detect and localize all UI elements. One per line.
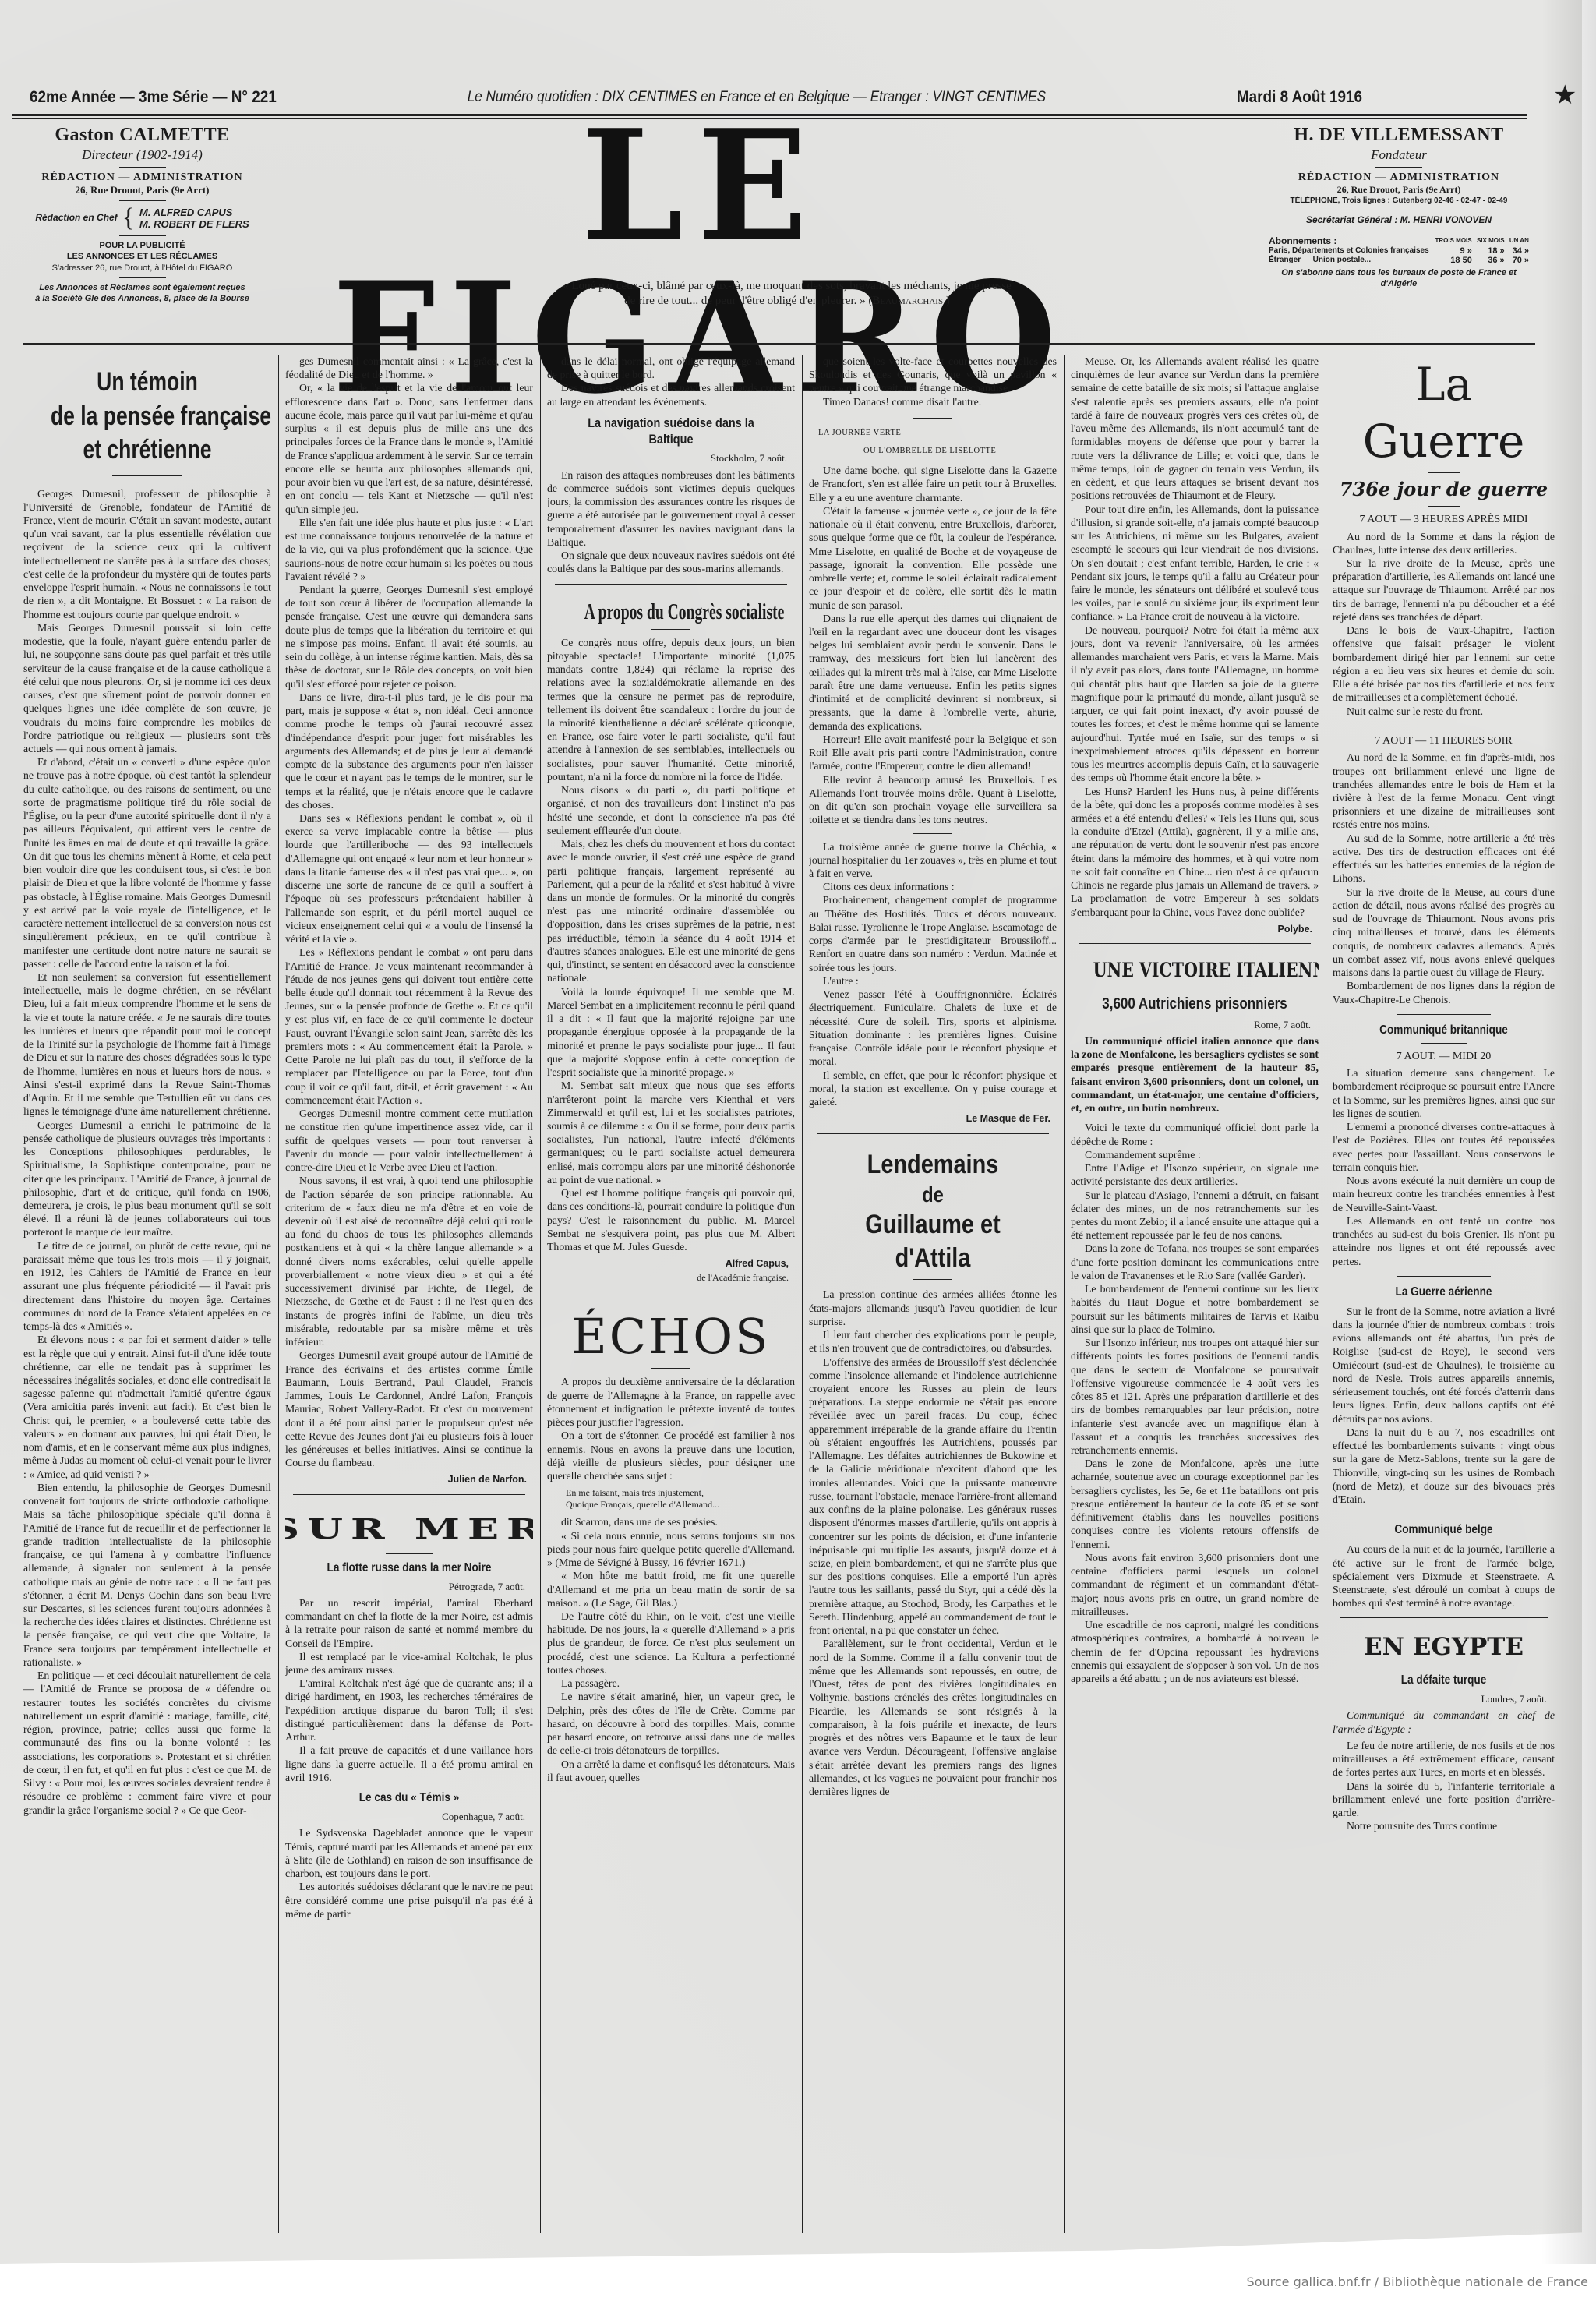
ornament-divider (1397, 1514, 1491, 1514)
wavy-divider (1340, 1617, 1548, 1624)
paragraph: Les autorités suédoises déclarant que le… (285, 1880, 533, 1921)
ornament-divider (119, 277, 166, 278)
subs-header: TROIS MOIS (1432, 235, 1474, 246)
dateline: Rome, 7 août. (1071, 1019, 1311, 1031)
paragraph: La situation demeure sans changement. Le… (1333, 1066, 1555, 1120)
column-1: Un témoin de la pensée française et chré… (23, 355, 271, 2233)
paragraph: Nuit calme sur le reste du front. (1333, 705, 1555, 718)
column-5: Meuse. Or, les Allemands avaient réalisé… (1071, 355, 1319, 2233)
headline-line: Un témoin (51, 366, 244, 400)
columns: Un témoin de la pensée française et chré… (23, 355, 1555, 2241)
paragraph: Mais Georges Dumesnil poussait si loin c… (23, 621, 271, 755)
source-credit: Source gallica.bnf.fr / Bibliothèque nat… (1247, 2274, 1588, 2289)
subs-header: SIX MOIS (1474, 235, 1507, 246)
paragraph: Dans la zone de Tofana, nos troupes se s… (1071, 1242, 1319, 1282)
paragraph: Elle s'en fait une idée plus haute et pl… (285, 516, 533, 583)
article-body: Au cours de la nuit et de la journée, l'… (1333, 1543, 1555, 1610)
paragraph: Venez passer l'été à Gouffrignonnière. É… (809, 988, 1057, 1068)
paragraph: dans le délai normal, ont obligé l'équip… (547, 355, 795, 381)
paragraph: La pression continue des armées alliées … (809, 1288, 1057, 1328)
editors-label: Rédaction en Chef (35, 212, 117, 224)
article-title: La flotte russe dans la mer Noire (304, 1560, 514, 1576)
paragraph: De l'autre côté du Rhin, on le voit, c'e… (547, 1610, 795, 1677)
founder-role: Fondateur (1266, 147, 1531, 163)
subs-value: 18 » (1474, 246, 1507, 256)
paragraph: Dans ses « Réflexions pendant le combat … (285, 811, 533, 945)
paragraph: Nous avons fait environ 3,600 prisonnier… (1071, 1551, 1319, 1618)
paragraph: Georges Dumesnil montre comment cette mu… (285, 1107, 533, 1174)
section-title-sur-mer: SUR MER (285, 1512, 533, 1547)
paragraph: Et d'abord, c'était un « converti » d'un… (23, 755, 271, 970)
issue-date: Mardi 8 Août 1916 (1237, 88, 1362, 107)
paragraph: Or, « la vie de l'esprit et la vie de l'… (285, 381, 533, 515)
wavy-divider (1079, 943, 1312, 950)
column-rule (1064, 355, 1065, 2233)
paragraph: Elle revint à beaucoup amusé les Bruxell… (809, 773, 1057, 827)
ornament-divider (119, 235, 166, 236)
ornament-divider (913, 1279, 952, 1280)
masthead-rule (23, 343, 1535, 348)
paragraph: dit Scarron, dans une de ses poésies. (547, 1515, 795, 1528)
ornament-divider (112, 475, 182, 476)
ornament-divider (1428, 472, 1460, 473)
signature: Le Masque de Fer. (809, 1113, 1050, 1126)
signature-subtitle: de l'Académie française. (547, 1272, 789, 1284)
headline-congres-socialiste: A propos du Congrès socialiste (584, 599, 758, 626)
article-body: La troisième année de guerre trouve la C… (809, 840, 1057, 1109)
ornament-divider (1421, 1043, 1467, 1044)
article-lead: Un communiqué officiel italien annonce q… (1071, 1034, 1319, 1115)
article-body: Meuse. Or, les Allemands avaient réalisé… (1071, 355, 1319, 919)
subscription-table: Abonnements : TROIS MOIS SIX MOIS UN AN … (1266, 235, 1531, 265)
paragraph: « Si cela nous ennuie, nous serons toujo… (547, 1529, 795, 1570)
paragraph: Il semble, en effet, que pour le réconfo… (809, 1069, 1057, 1109)
paragraph: Horreur! Elle avait manifesté pour la Be… (809, 733, 1057, 773)
paragraph: Au nord de la Somme et dans la région de… (1333, 530, 1555, 557)
office-address: 26, Rue Drouot, Paris (9e Arrt) (1266, 184, 1531, 196)
paragraph: Et non seulement sa conversion fut essen… (23, 970, 271, 1118)
paragraph: L'autre : (809, 974, 1057, 988)
headline-line: et chrétienne (51, 433, 244, 468)
ornament-divider (386, 1553, 433, 1554)
ornament-divider (1428, 506, 1460, 507)
column-6: La Guerre 736e jour de guerre 7 AOUT — 3… (1333, 355, 1555, 2233)
ornament-divider (119, 167, 166, 168)
column-4: que soient les volte-face et courbettes … (809, 355, 1057, 2233)
column-rule (1326, 355, 1326, 2233)
ornament-divider (1375, 231, 1422, 231)
article-body: La situation demeure sans changement. Le… (1333, 1066, 1555, 1268)
bulletin-time: 7 AOUT — 11 HEURES SOIR (1333, 734, 1555, 748)
paragraph: Le navire s'était amariné, hier, un vape… (547, 1690, 795, 1757)
paragraph: Dans la nuit du 6 au 7, nos escadrilles … (1333, 1426, 1555, 1506)
ornament-divider (1375, 167, 1422, 168)
article-title: La Guerre aérienne (1349, 1285, 1538, 1300)
wavy-divider (555, 1292, 788, 1299)
paragraph: Il a fait preuve de capacités et d'une v… (285, 1744, 533, 1784)
headline-line: de la pensée française (51, 400, 244, 434)
paragraph: Il est remplacé par le vice-amiral Koltc… (285, 1650, 533, 1677)
article-body: Une dame boche, qui signe Liselotte dans… (809, 464, 1057, 826)
paragraph: On signale que deux nouveaux navires sué… (547, 549, 795, 575)
dateline: Stockholm, 7 août. (547, 452, 787, 465)
subs-row: Étranger — Union postale... 18 50 36 » 7… (1266, 256, 1531, 265)
paragraph: « Mon hôte me battit froid, me fit une q… (547, 1569, 795, 1610)
dateline: Londres, 7 août. (1333, 1693, 1547, 1705)
phone-line: TÉLÉPHONE, Trois lignes : Gutenberg 02-4… (1266, 196, 1531, 206)
paragraph: Georges Dumesnil a enrichi le patrimoine… (23, 1118, 271, 1239)
headline-line: Lendemains (828, 1148, 1038, 1182)
paragraph: Voilà la lourde équivoque! Il me semble … (547, 985, 795, 1080)
paragraph: Sur le plateau d'Asiago, l'ennemi a détr… (1071, 1189, 1319, 1242)
ornament-divider (651, 1368, 690, 1369)
motto-author: (Beaumarchais.) (868, 295, 949, 307)
article-body: En raison des attaques nombreuses dont l… (547, 468, 795, 576)
paragraph: La passagère. (547, 1677, 795, 1690)
subs-value: 18 50 (1432, 256, 1474, 265)
paragraph: Une escadrille de nos caproni, malgré le… (1071, 1618, 1319, 1685)
paragraph: Dans le bois de Vaux-Chapitre, l'action … (1333, 624, 1555, 704)
verse-line: Quoique Français, querelle d'Allemand... (566, 1499, 795, 1511)
paragraph: De nouveau, pourquoi? Notre foi était la… (1071, 624, 1319, 785)
paragraph: L'ennemi a prononcé diverses contre-atta… (1333, 1120, 1555, 1174)
office-label: RÉDACTION — ADMINISTRATION (1266, 171, 1531, 184)
paragraph: Sur la rive droite de la Meuse, après un… (1333, 557, 1555, 624)
paragraph: A propos du deuxième anniversaire de la … (547, 1375, 795, 1429)
ornament-divider (1397, 1276, 1491, 1277)
column-2: ges Dumesnil commentait ainsi : « La grâ… (285, 355, 533, 2233)
article-subtitle: La défaite turque (1349, 1673, 1538, 1688)
ornament-divider (119, 200, 166, 201)
paragraph: Par un rescrit impérial, l'amiral Eberha… (285, 1596, 533, 1650)
paragraph: Bien entendu, la philosophie de Georges … (23, 1481, 271, 1669)
column-rule (802, 355, 803, 2233)
section-title-la-guerre: La Guerre (1333, 356, 1555, 469)
subs-note: On s'abonne dans tous les bureaux de pos… (1266, 267, 1531, 290)
paragraph: Bombardement de nos lignes dans la régio… (1333, 979, 1555, 1005)
paragraph: Prochainement, changement complet de pro… (809, 893, 1057, 974)
paragraph: Georges Dumesnil, professeur de philosop… (23, 487, 271, 621)
article-body: Ce congrès nous offre, depuis deux jours… (547, 636, 795, 1254)
ornament-divider (913, 418, 952, 419)
ornament-divider (1175, 988, 1214, 988)
paragraph: Nous savons, il est vrai, à quoi tend un… (285, 1174, 533, 1348)
paragraph: Et élevons nous : « par foi et serment d… (23, 1333, 271, 1481)
issue-number: 62me Année — 3me Série — N° 221 (30, 88, 277, 107)
article-title: Le cas du « Témis » (304, 1790, 514, 1806)
article-body: Voici le texte du communiqué officiel do… (1071, 1121, 1319, 1685)
subs-value: 36 » (1474, 256, 1507, 265)
dateline: Pétrograde, 7 août. (285, 1581, 525, 1593)
paragraph: Timeo Danaos! comme disait l'autre. (809, 395, 1057, 408)
paragraph: Dans la soirée du 5, l'infanterie territ… (1333, 1779, 1555, 1820)
paragraph: Ce congrès nous offre, depuis deux jours… (547, 636, 795, 784)
paragraph: Sur le front de la Somme, notre aviation… (1333, 1305, 1555, 1426)
article-body: que soient les volte-face et courbettes … (809, 355, 1057, 408)
paragraph: Au nord de la Somme, en fin d'après-midi… (1333, 751, 1555, 831)
paragraph: En politique — et ceci découlait naturel… (23, 1669, 271, 1817)
paragraph: Quel est l'homme politique français qui … (547, 1186, 795, 1253)
paragraph: Entre l'Adige et l'Isonzo supérieur, on … (1071, 1161, 1319, 1188)
subs-value: 34 » (1507, 246, 1531, 256)
paragraph: Dans la rue elle aperçut des dames qui c… (809, 612, 1057, 733)
paragraph: Il leur faut chercher des explications p… (809, 1328, 1057, 1355)
motto-line-1: « Loué par ceux-ci, blâmé par ceux-là, m… (483, 279, 1091, 294)
paragraph: La troisième année de guerre trouve la C… (809, 840, 1057, 881)
paragraph: Des navires suédois et des navires allem… (547, 381, 795, 408)
article-body: Au nord de la Somme, en fin d'après-midi… (1333, 751, 1555, 1005)
ornament-divider (1421, 726, 1467, 726)
verse-line: En me faisant, mais très injustement, (566, 1487, 795, 1499)
column-rule (540, 355, 541, 2233)
paragraph: Le Sydsvenska Dagebladet annonce que le … (285, 1826, 533, 1880)
paragraph: Dans le zone de Monfalcone, après une lu… (1071, 1457, 1319, 1551)
echo-title: OU L'OMBRELLE DE LISELOTTE (863, 446, 1057, 456)
paragraph: L'offensive des armées de Broussiloff s'… (809, 1355, 1057, 1638)
paragraph: Au sud de la Somme, notre artillerie a é… (1333, 832, 1555, 885)
headline-lendemains: Lendemains de Guillaume et d'Attila (828, 1148, 1038, 1275)
paragraph: Meuse. Or, les Allemands avaient réalisé… (1071, 355, 1319, 503)
article-body: Par un rescrit impérial, l'amiral Eberha… (285, 1596, 533, 1784)
paragraph: L'amiral Koltchak n'est âgé que de quara… (285, 1677, 533, 1744)
paragraph: Parallèlement, sur le front occidental, … (809, 1637, 1057, 1798)
paragraph: Sur l'Isonzo inférieur, nos troupes ont … (1071, 1336, 1319, 1457)
headline-victoire-italienne: UNE VICTOIRE ITALIENNE (1093, 958, 1297, 982)
paragraph: On a tort de s'étonner. Ce procédé est f… (547, 1429, 795, 1482)
paragraph: Au cours de la nuit et de la journée, l'… (1333, 1543, 1555, 1610)
star-icon: ★ (1553, 80, 1577, 111)
subs-row-label: Paris, Départements et Colonies français… (1266, 246, 1432, 256)
paragraph: Pendant la guerre, Georges Dumesnil s'es… (285, 583, 533, 691)
verse-quote: En me faisant, mais très injustement, Qu… (566, 1487, 795, 1511)
brace: { (122, 205, 135, 231)
paragraph: ges Dumesnil commentait ainsi : « La grâ… (285, 355, 533, 381)
dateline: Copenhague, 7 août. (285, 1811, 525, 1823)
paragraph: En raison des attaques nombreuses dont l… (547, 468, 795, 549)
article-body: Georges Dumesnil, professeur de philosop… (23, 487, 271, 1817)
motto: « Loué par ceux-ci, blâmé par ceux-là, m… (483, 279, 1091, 309)
paragraph: que soient les volte-face et courbettes … (809, 355, 1057, 395)
ornament-divider (1397, 1014, 1491, 1015)
signature: Polybe. (1071, 924, 1312, 936)
subs-row-label: Étranger — Union postale... (1266, 256, 1432, 265)
article-body: Au nord de la Somme et dans la région de… (1333, 530, 1555, 718)
paragraph: Pour tout dire enfin, les Allemands, don… (1071, 503, 1319, 624)
war-day-count: 736e jour de guerre (1333, 478, 1555, 501)
paragraph: On a arrêté la dame et confisqué les dét… (547, 1758, 795, 1784)
paragraph: Notre poursuite des Turcs continue (1333, 1819, 1555, 1832)
ornament-divider (651, 629, 690, 630)
paragraph: Commandement suprême : (1071, 1148, 1319, 1161)
headline-line: de (828, 1181, 1038, 1208)
paragraph: Une dame boche, qui signe Liselotte dans… (809, 464, 1057, 504)
secretary-line: Secrétariat Général : M. HENRI VONOVEN (1266, 214, 1531, 227)
subs-label: Abonnements : (1266, 235, 1432, 246)
subs-value: 9 » (1432, 246, 1474, 256)
wavy-divider (817, 1133, 1050, 1140)
article-body: dit Scarron, dans une de ses poésies.« S… (547, 1515, 795, 1784)
bulletin-time: 7 AOUT. — MIDI 20 (1333, 1050, 1555, 1064)
communique-intro: Communiqué du commandant en chef de l'ar… (1333, 1709, 1555, 1735)
paragraph: Le feu de notre artillerie, de nos fusil… (1333, 1739, 1555, 1779)
paragraph: Les Huns? Harden! les Huns nus, à peine … (1071, 785, 1319, 919)
paragraph: Nous avons exécuté la nuit dernière un c… (1333, 1174, 1555, 1214)
wavy-divider (555, 584, 788, 591)
article-title: Communiqué britannique (1349, 1023, 1538, 1038)
wavy-divider (293, 1494, 526, 1501)
paragraph: C'était la fameuse « journée verte », ce… (809, 504, 1057, 612)
signature: Julien de Narfon. (285, 1474, 527, 1486)
article-subtitle: 3,600 Autrichiens prisonniers (1089, 995, 1300, 1014)
masthead-right: H. DE VILLEMESSANT Fondateur RÉDACTION —… (1266, 125, 1531, 289)
column-rule (278, 355, 279, 2233)
section-title-en-egypte: EN EGYPTE (1333, 1632, 1555, 1663)
paragraph: Le bombardement de l'ennemi continue sur… (1071, 1282, 1319, 1336)
article-title: Communiqué belge (1349, 1522, 1538, 1538)
paragraph: Le titre de ce journal, ou plutôt de cet… (23, 1239, 271, 1334)
paragraph: Nous disons « du parti », du parti polit… (547, 783, 795, 837)
article-body: La pression continue des armées alliées … (809, 1288, 1057, 1798)
ornament-divider (913, 833, 952, 834)
ornament-divider (1375, 210, 1422, 210)
article-body: dans le délai normal, ont obligé l'équip… (547, 355, 795, 408)
paragraph: Voici le texte du communiqué officiel do… (1071, 1121, 1319, 1147)
paragraph: Dans ce livre, dira-t-il plus tard, je l… (285, 691, 533, 811)
paragraph: Georges Dumesnil avait groupé autour de … (285, 1348, 533, 1469)
signature: Alfred Capus, (547, 1258, 789, 1270)
headline-temoin: Un témoin de la pensée française et chré… (51, 366, 244, 468)
paragraph: Sur la rive droite de la Meuse, au cours… (1333, 885, 1555, 980)
article-body: Le feu de notre artillerie, de nos fusil… (1333, 1739, 1555, 1833)
paragraph: Citons ces deux informations : (809, 880, 1057, 893)
subs-header: UN AN (1507, 235, 1531, 246)
article-body: A propos du deuxième anniversaire de la … (547, 1375, 795, 1482)
founder-name: H. DE VILLEMESSANT (1266, 125, 1531, 146)
headline-line: Guillaume et d'Attila (828, 1208, 1038, 1274)
subs-row: Paris, Départements et Colonies français… (1266, 246, 1531, 256)
paragraph: Mais, chez les chefs du mouvement et hor… (547, 837, 795, 985)
bulletin-time: 7 AOUT — 3 HEURES APRÈS MIDI (1333, 513, 1555, 527)
paragraph: Les « Réflexions pendant le combat » ont… (285, 945, 533, 1107)
paragraph: Les Allemands en ont tenté un contre nos… (1333, 1214, 1555, 1268)
echo-title: LA JOURNÉE VERTE (818, 428, 1057, 438)
article-body: Sur le front de la Somme, notre aviation… (1333, 1305, 1555, 1507)
ornament-divider (1425, 1666, 1464, 1666)
paragraph: M. Sembat sait mieux que nous que ses ef… (547, 1079, 795, 1186)
subs-value: 70 » (1507, 256, 1531, 265)
column-3: dans le délai normal, ont obligé l'équip… (547, 355, 795, 2233)
article-title: La navigation suédoise dans la Baltique (566, 415, 776, 448)
section-title-echos: ÉCHOS (547, 1306, 795, 1367)
article-body: Le Sydsvenska Dagebladet annonce que le … (285, 1826, 533, 1921)
article-body: ges Dumesnil commentait ainsi : « La grâ… (285, 355, 533, 1469)
motto-line-2: de rire de tout... de peur d'être obligé… (624, 295, 865, 307)
